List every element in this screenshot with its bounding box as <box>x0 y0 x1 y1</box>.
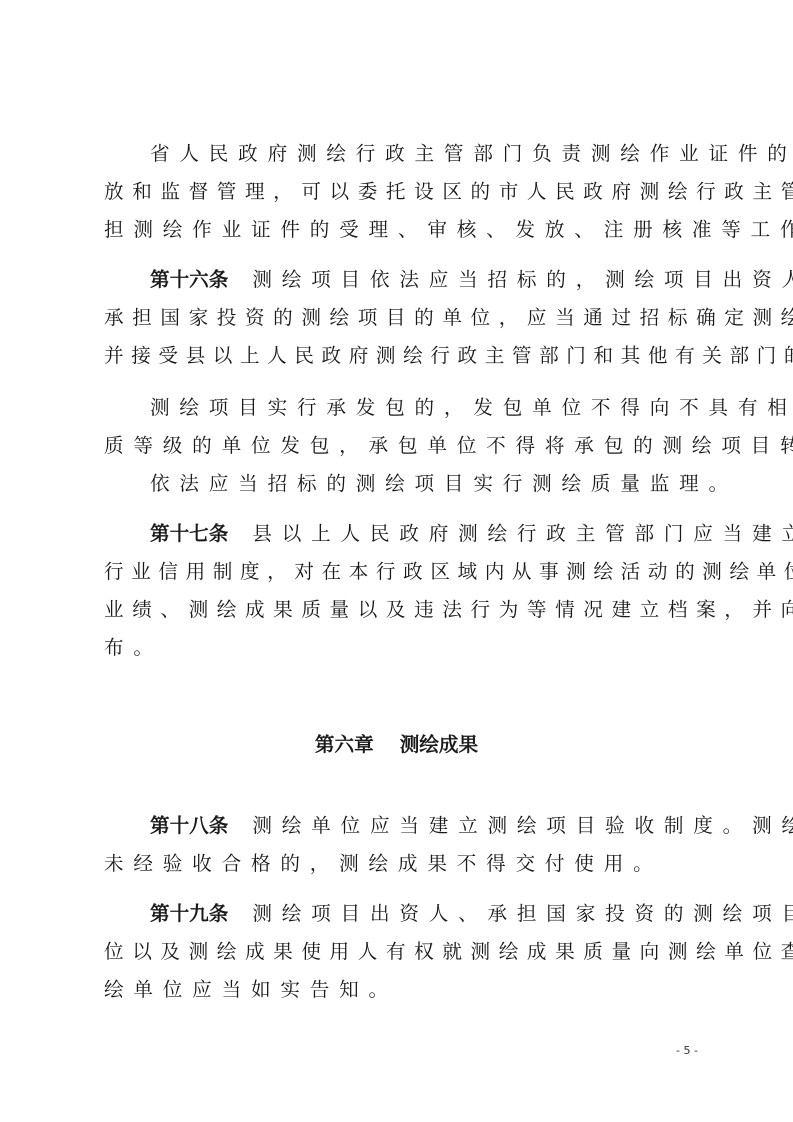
chapter-number: 第六章 <box>315 733 374 756</box>
chapter-title: 测绘成果 <box>400 733 478 756</box>
text-line: 测绘单位应当建立测绘项目验收制度。测绘项目 <box>252 814 793 837</box>
text-line: 省人民政府测绘行政主管部门负责测绘作业证件的审核、发 <box>150 142 740 166</box>
document-page: 省人民政府测绘行政主管部门负责测绘作业证件的审核、发 放和监督管理，可以委托设区… <box>0 0 793 1122</box>
text-line: 行业信用制度，对在本行政区域内从事测绘活动的测绘单位资质、 <box>104 560 694 584</box>
text-line: 依法应当招标的测绘项目实行测绘质量监理。 <box>150 472 740 496</box>
text-line: 并接受县以上人民政府测绘行政主管部门和其他有关部门的监督。 <box>104 344 694 368</box>
text-line: 布。 <box>104 636 694 660</box>
article-number: 第十八条 <box>150 814 228 837</box>
text-line: 质等级的单位发包，承包单位不得将承包的测绘项目转包。 <box>104 434 694 458</box>
article-18: 第十八条测绘单位应当建立测绘项目验收制度。测绘项目 <box>150 814 740 838</box>
text-line: 绘单位应当如实告知。 <box>104 978 694 1002</box>
article-number: 第十九条 <box>150 902 228 925</box>
text-line: 放和监督管理，可以委托设区的市人民政府测绘行政主管部门承 <box>104 180 694 204</box>
text-line: 未经验收合格的，测绘成果不得交付使用。 <box>104 852 694 876</box>
text-line: 位以及测绘成果使用人有权就测绘成果质量向测绘单位查询，测 <box>104 940 694 964</box>
text-line: 测绘项目出资人、承担国家投资的测绘项目的单 <box>252 902 793 925</box>
text-line: 业绩、测绘成果质量以及违法行为等情况建立档案，并向社会公 <box>104 598 694 622</box>
article-16: 第十六条测绘项目依法应当招标的，测绘项目出资人或者 <box>150 268 740 292</box>
article-17: 第十七条县以上人民政府测绘行政主管部门应当建立测绘 <box>150 522 740 546</box>
text-line: 测绘项目依法应当招标的，测绘项目出资人或者 <box>252 268 793 291</box>
text-line: 承担国家投资的测绘项目的单位，应当通过招标确定测绘单位， <box>104 306 694 330</box>
article-number: 第十七条 <box>150 522 228 545</box>
text-line: 县以上人民政府测绘行政主管部门应当建立测绘 <box>252 522 793 545</box>
article-19: 第十九条测绘项目出资人、承担国家投资的测绘项目的单 <box>150 902 740 926</box>
text-line: 担测绘作业证件的受理、审核、发放、注册核准等工作。 <box>104 218 694 242</box>
page-number: - 5 - <box>676 1044 698 1057</box>
text-line: 测绘项目实行承发包的，发包单位不得向不具有相应测绘资 <box>150 396 740 420</box>
article-number: 第十六条 <box>150 268 228 291</box>
chapter-heading: 第六章测绘成果 <box>0 728 793 757</box>
